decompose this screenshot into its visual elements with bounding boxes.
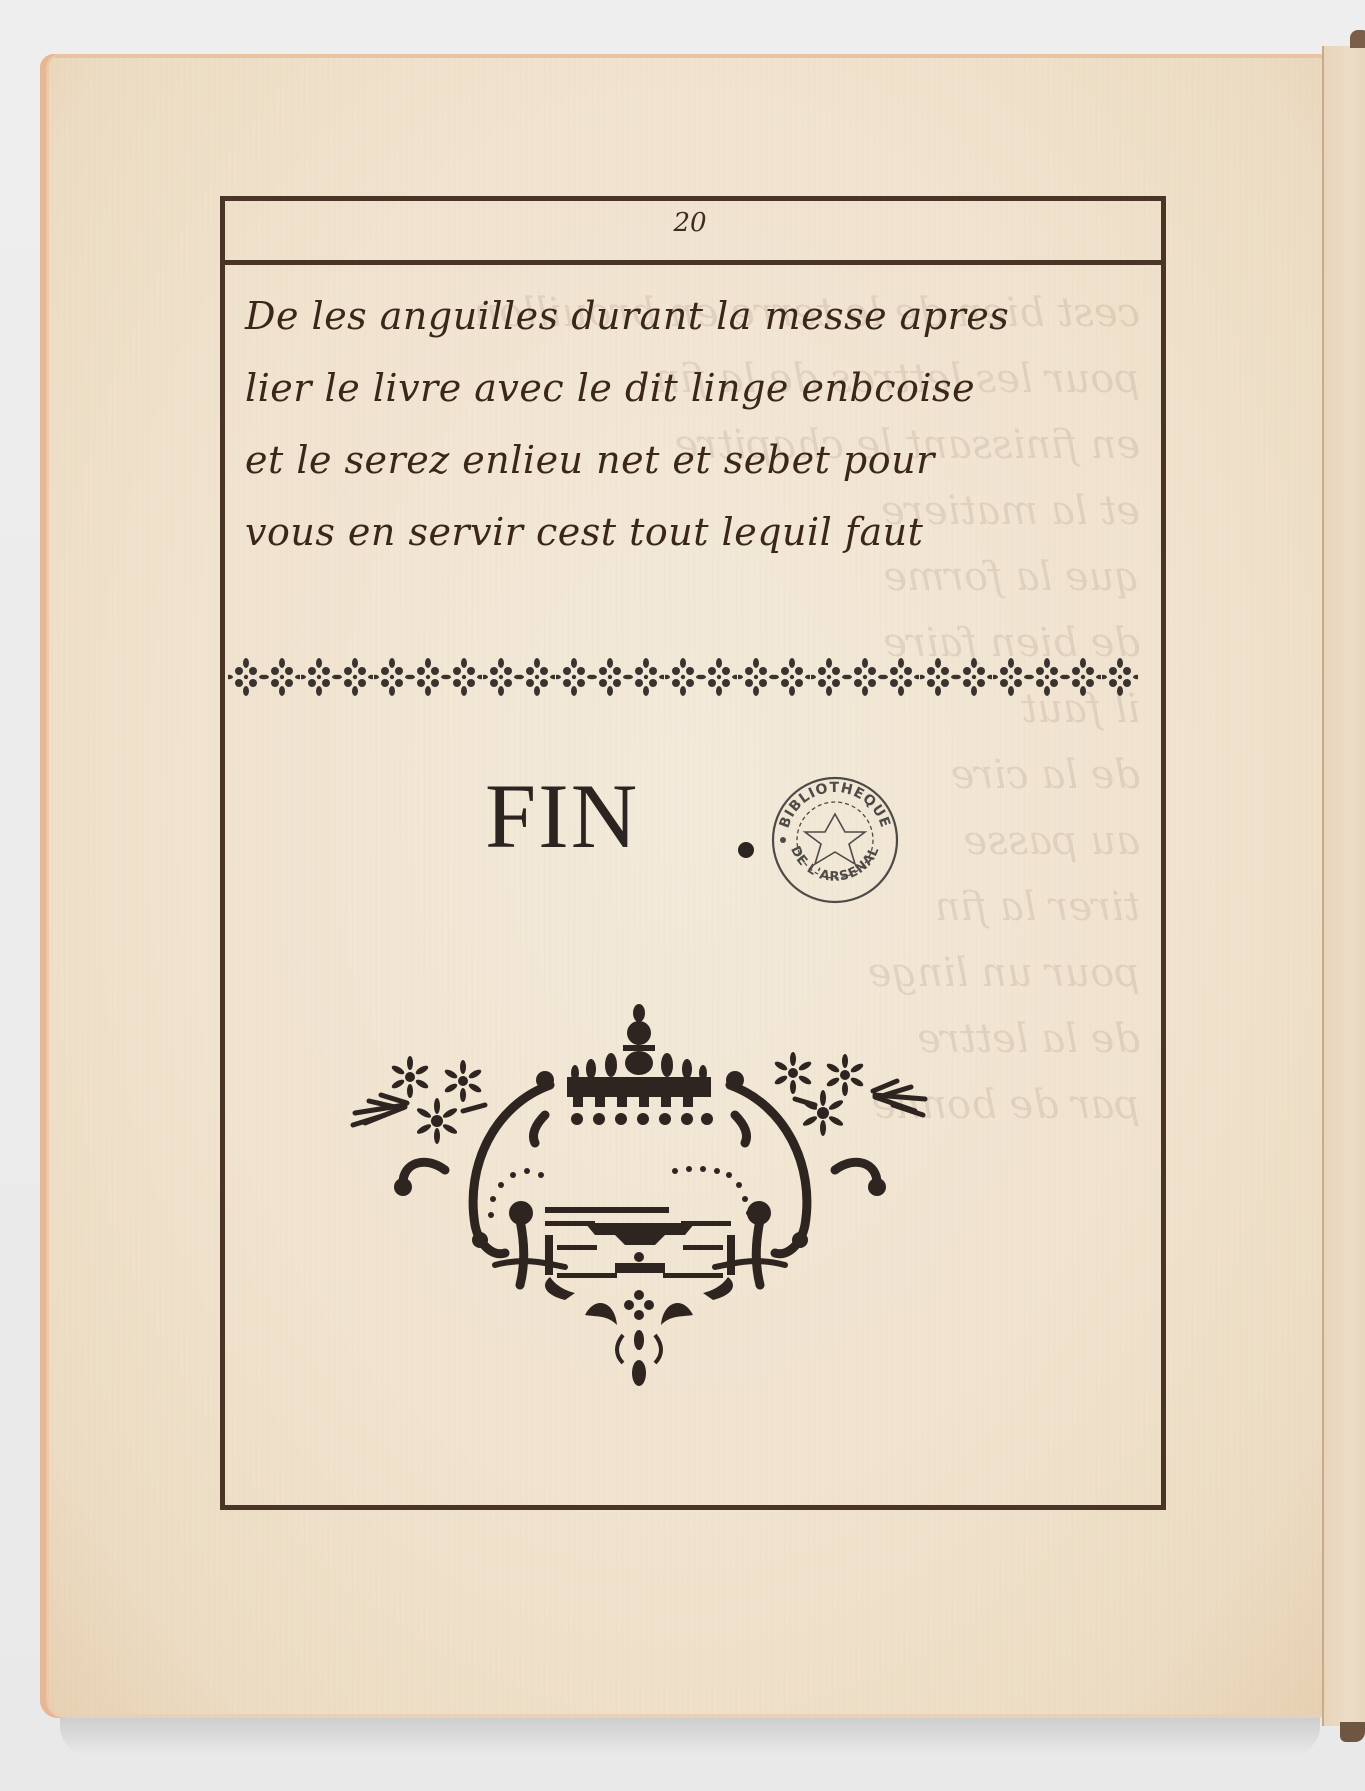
quatrefoil-motif-icon [665,657,701,697]
quatrefoil-motif-icon [883,657,919,697]
binding-edge-top [1350,30,1365,48]
closing-period [738,842,754,858]
quatrefoil-motif-icon [811,657,847,697]
quatrefoil-motif-icon [337,657,373,697]
quatrefoil-motif-icon [628,657,664,697]
manuscript-line: vous en servir cest tout lequil faut [245,496,1155,568]
star-icon [805,814,865,864]
page-shadow [60,1716,1320,1756]
quatrefoil-motif-icon [701,657,737,697]
quatrefoil-motif-icon [301,657,337,697]
manuscript-text: De les anguilles durant la messe apres l… [245,280,1155,568]
quatrefoil-motif-icon [228,657,264,697]
quatrefoil-motif-icon [847,657,883,697]
stamp-icon: BIBLIOTHEQUE DE L'ARSENAL [765,770,905,910]
svg-text:BIBLIOTHEQUE: BIBLIOTHEQUE [777,780,894,830]
manuscript-line: De les anguilles durant la messe apres [245,280,1155,352]
quatrefoil-motif-icon [556,657,592,697]
quatrefoil-motif-icon [374,657,410,697]
manuscript-line: et le serez enlieu net et sebet pour [245,424,1155,496]
quatrefoil-motif-icon [592,657,628,697]
quatrefoil-motif-icon [774,657,810,697]
quatrefoil-motif-icon [446,657,482,697]
quatrefoil-motif-icon [410,657,446,697]
binding-edge-bottom [1340,1722,1365,1742]
quatrefoil-motif-icon [1029,657,1065,697]
quatrefoil-motif-icon [920,657,956,697]
quatrefoil-motif-icon [264,657,300,697]
quatrefoil-motif-icon [519,657,555,697]
svg-text:DE L'ARSENAL: DE L'ARSENAL [787,844,883,885]
decorative-vignette [345,995,935,1390]
quatrefoil-motif-icon [956,657,992,697]
header-rule [220,260,1166,265]
library-stamp: BIBLIOTHEQUE DE L'ARSENAL [765,770,905,910]
quatrefoil-motif-icon [993,657,1029,697]
quatrefoil-motif-icon [1065,657,1101,697]
facing-page-strip [1322,46,1365,1726]
page-number: 20 [640,208,740,238]
quatrefoil-motif-icon [738,657,774,697]
quatrefoil-motif-icon [1102,657,1138,697]
ornament-divider-row [228,655,1138,699]
quatrefoil-motif-icon [483,657,519,697]
manuscript-line: lier le livre avec le dit linge enbcoise [245,352,1155,424]
closing-word: FIN [485,770,639,862]
floral-ornament-icon [345,995,935,1390]
